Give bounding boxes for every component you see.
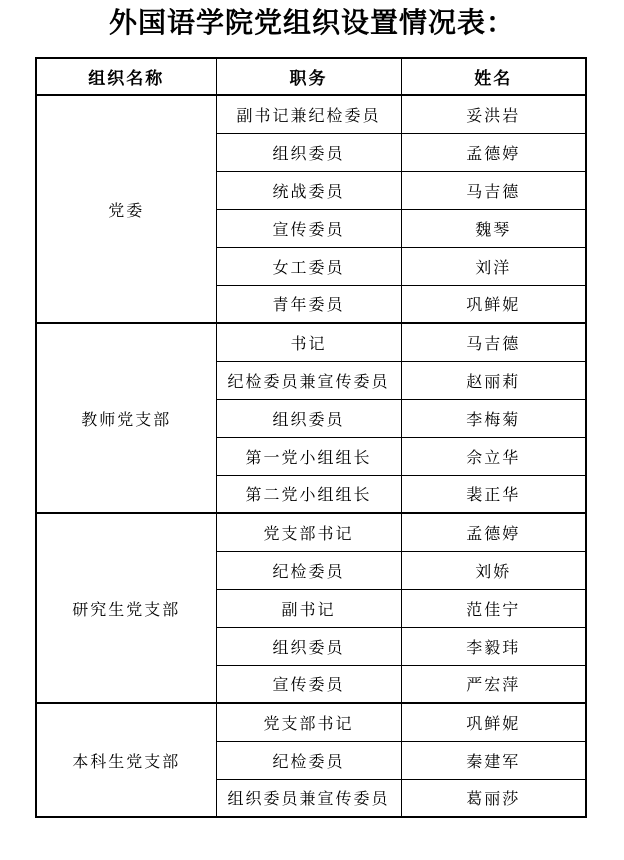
person-name-cell: 马吉德 bbox=[401, 171, 586, 209]
org-name-cell: 党委 bbox=[36, 95, 216, 323]
header-position: 职务 bbox=[216, 58, 401, 95]
person-name-cell: 葛丽莎 bbox=[401, 779, 586, 817]
header-row: 组织名称 职务 姓名 bbox=[36, 58, 586, 95]
position-cell: 组织委员 bbox=[216, 399, 401, 437]
person-name-cell: 刘洋 bbox=[401, 247, 586, 285]
position-cell: 第二党小组组长 bbox=[216, 475, 401, 513]
person-name-cell: 巩鲜妮 bbox=[401, 703, 586, 741]
person-name-cell: 魏琴 bbox=[401, 209, 586, 247]
position-cell: 纪检委员 bbox=[216, 741, 401, 779]
table-body: 党委副书记兼纪检委员妥洪岩组织委员孟德婷统战委员马吉德宣传委员魏琴女工委员刘洋青… bbox=[36, 95, 586, 817]
person-name-cell: 佘立华 bbox=[401, 437, 586, 475]
person-name-cell: 范佳宁 bbox=[401, 589, 586, 627]
position-cell: 党支部书记 bbox=[216, 513, 401, 551]
person-name-cell: 李梅菊 bbox=[401, 399, 586, 437]
person-name-cell: 秦建军 bbox=[401, 741, 586, 779]
header-person-name: 姓名 bbox=[401, 58, 586, 95]
person-name-cell: 刘娇 bbox=[401, 551, 586, 589]
position-cell: 组织委员 bbox=[216, 627, 401, 665]
person-name-cell: 李毅玮 bbox=[401, 627, 586, 665]
org-name-cell: 研究生党支部 bbox=[36, 513, 216, 703]
person-name-cell: 严宏萍 bbox=[401, 665, 586, 703]
person-name-cell: 孟德婷 bbox=[401, 513, 586, 551]
org-name-cell: 本科生党支部 bbox=[36, 703, 216, 817]
person-name-cell: 妥洪岩 bbox=[401, 95, 586, 133]
position-cell: 组织委员兼宣传委员 bbox=[216, 779, 401, 817]
position-cell: 副书记 bbox=[216, 589, 401, 627]
position-cell: 书记 bbox=[216, 323, 401, 361]
position-cell: 纪检委员兼宣传委员 bbox=[216, 361, 401, 399]
table-row: 本科生党支部党支部书记巩鲜妮 bbox=[36, 703, 586, 741]
person-name-cell: 裴正华 bbox=[401, 475, 586, 513]
table-row: 党委副书记兼纪检委员妥洪岩 bbox=[36, 95, 586, 133]
position-cell: 第一党小组组长 bbox=[216, 437, 401, 475]
position-cell: 副书记兼纪检委员 bbox=[216, 95, 401, 133]
position-cell: 宣传委员 bbox=[216, 209, 401, 247]
org-name-cell: 教师党支部 bbox=[36, 323, 216, 513]
person-name-cell: 赵丽莉 bbox=[401, 361, 586, 399]
position-cell: 统战委员 bbox=[216, 171, 401, 209]
person-name-cell: 孟德婷 bbox=[401, 133, 586, 171]
position-cell: 女工委员 bbox=[216, 247, 401, 285]
table-row: 研究生党支部党支部书记孟德婷 bbox=[36, 513, 586, 551]
table-header: 组织名称 职务 姓名 bbox=[36, 58, 586, 95]
position-cell: 党支部书记 bbox=[216, 703, 401, 741]
page-title: 外国语学院党组织设置情况表： bbox=[0, 0, 624, 41]
document-page: 外国语学院党组织设置情况表： 组织名称 职务 姓名 党委副书记兼纪检委员妥洪岩组… bbox=[0, 0, 624, 860]
header-org-name: 组织名称 bbox=[36, 58, 216, 95]
org-structure-table: 组织名称 职务 姓名 党委副书记兼纪检委员妥洪岩组织委员孟德婷统战委员马吉德宣传… bbox=[35, 57, 587, 818]
position-cell: 青年委员 bbox=[216, 285, 401, 323]
position-cell: 宣传委员 bbox=[216, 665, 401, 703]
table-row: 教师党支部书记马吉德 bbox=[36, 323, 586, 361]
position-cell: 纪检委员 bbox=[216, 551, 401, 589]
position-cell: 组织委员 bbox=[216, 133, 401, 171]
person-name-cell: 巩鲜妮 bbox=[401, 285, 586, 323]
person-name-cell: 马吉德 bbox=[401, 323, 586, 361]
